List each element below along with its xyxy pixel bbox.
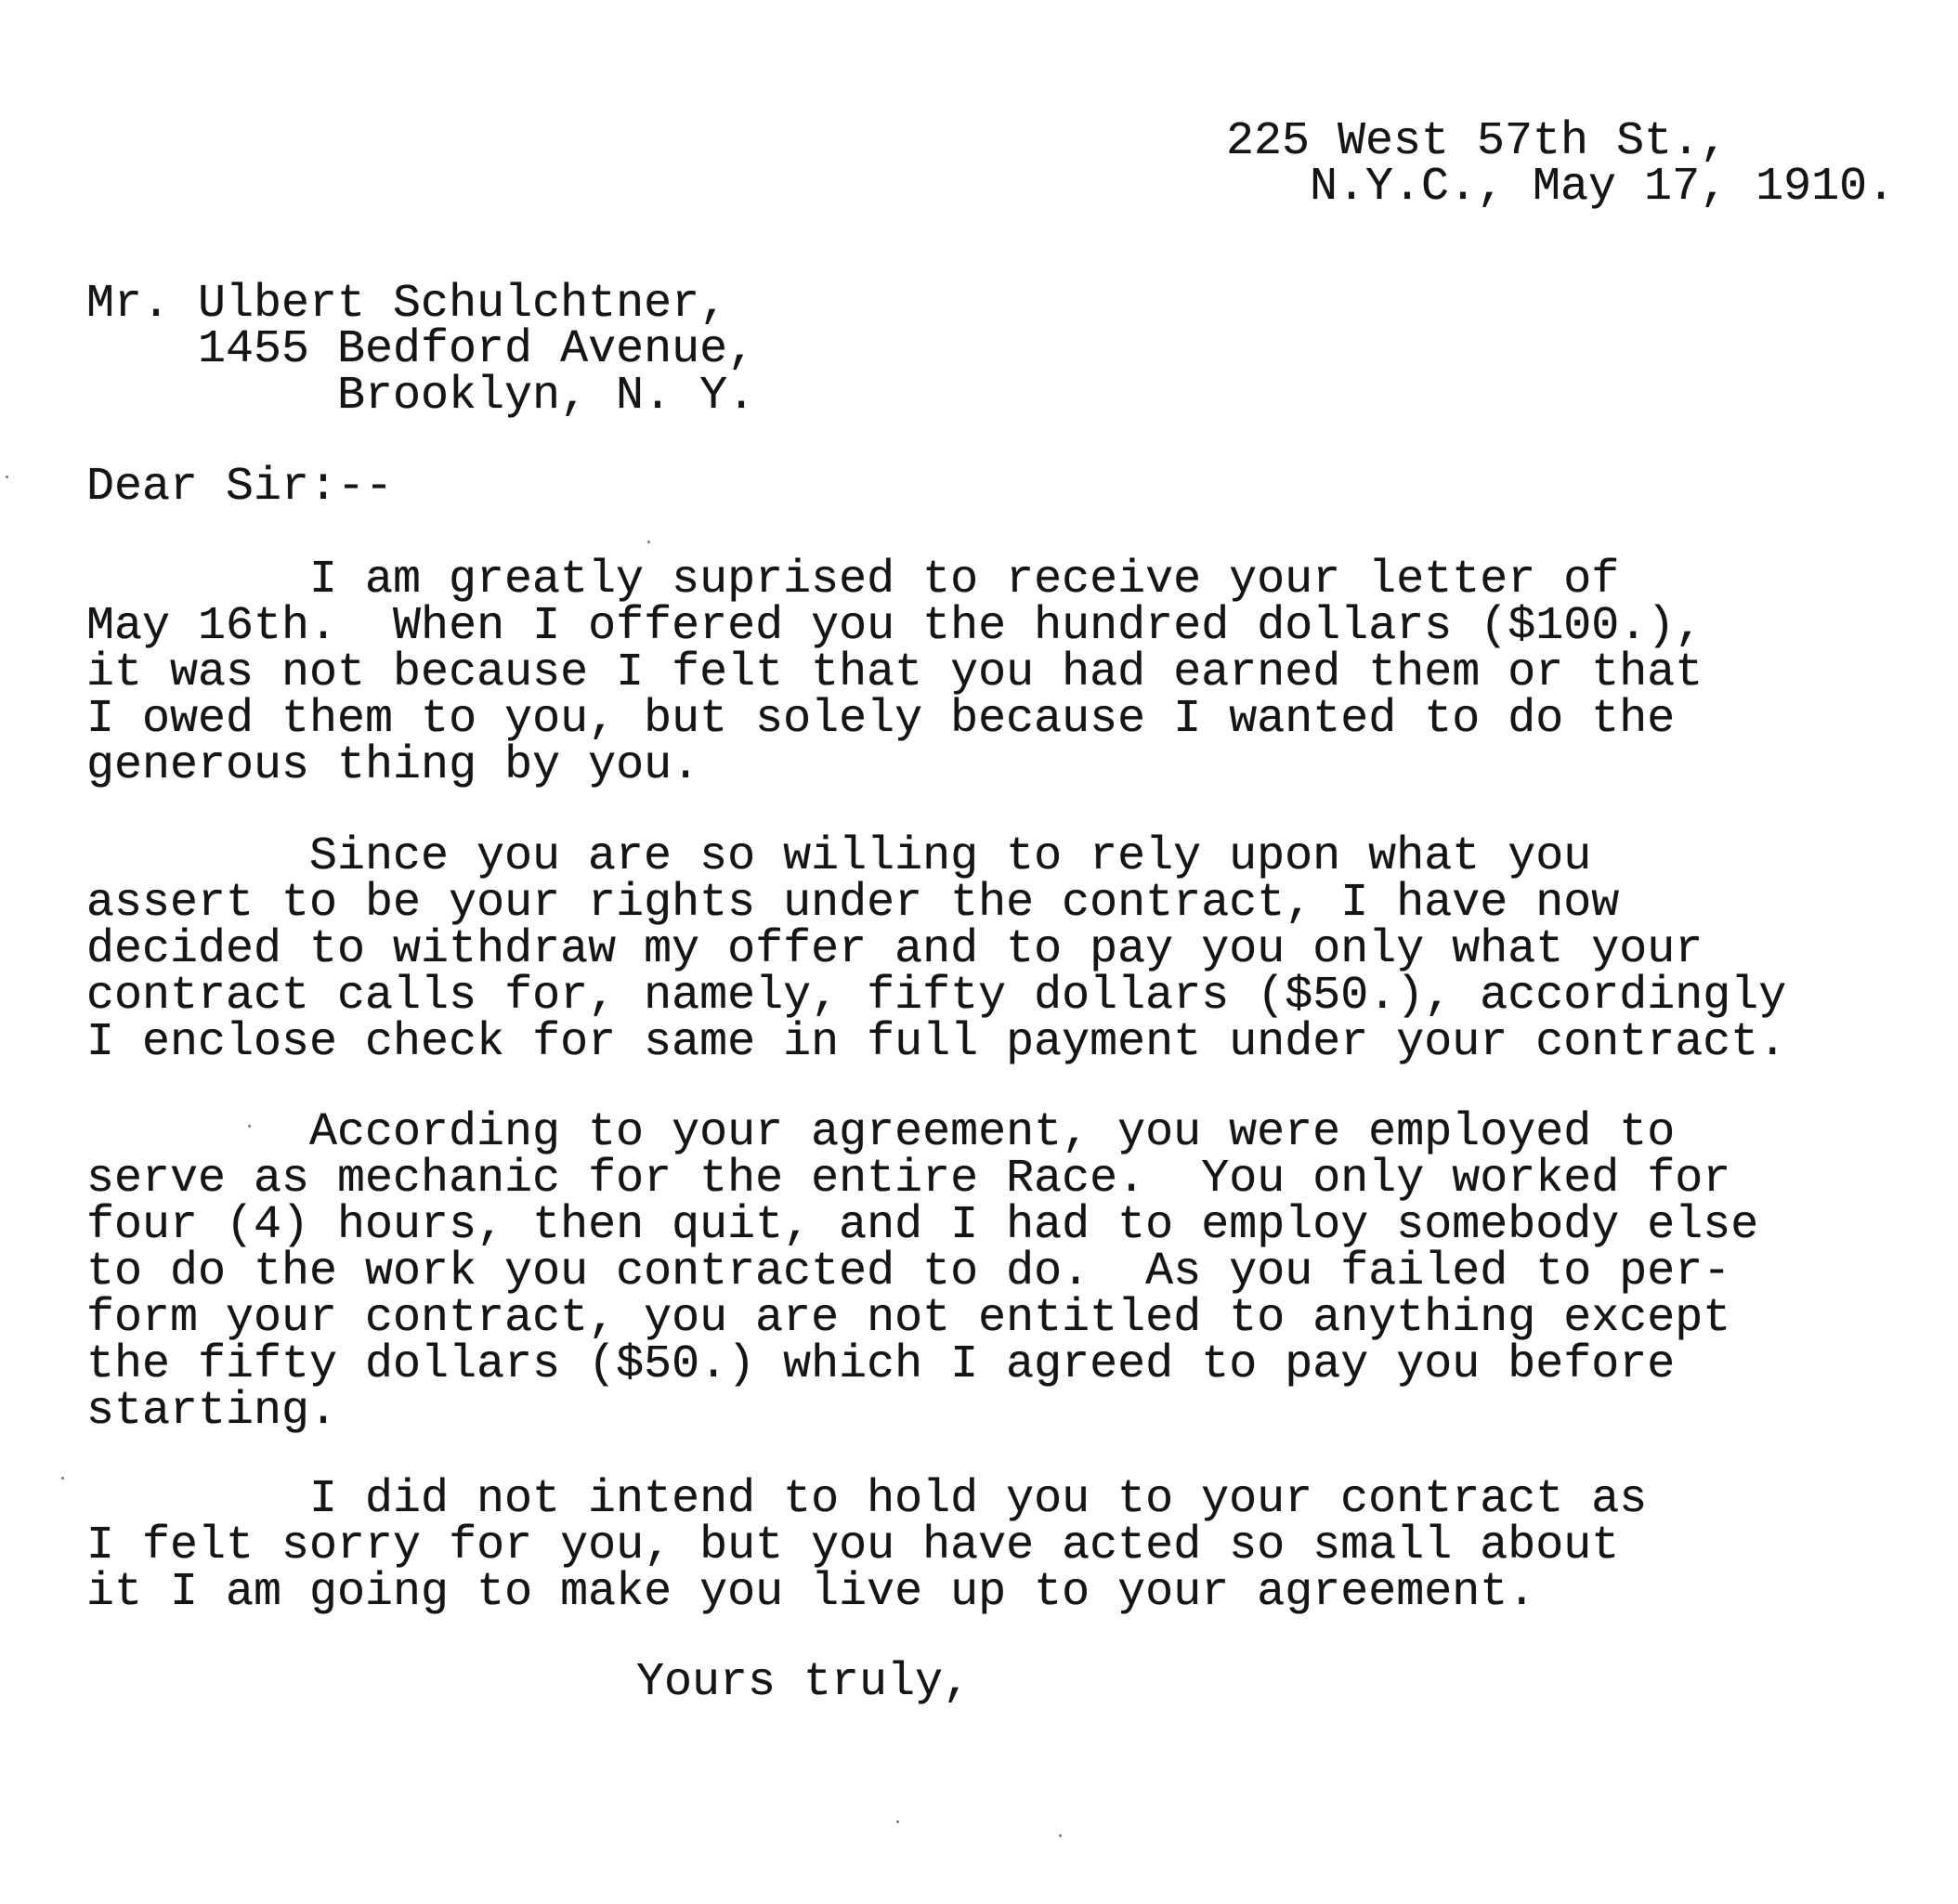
paragraph-2-line-1: Since you are so willing to rely upon wh… xyxy=(309,834,1591,880)
scan-speck xyxy=(61,1477,64,1480)
paragraph-3-line-4: to do the work you contracted to do. As … xyxy=(86,1249,1730,1296)
paragraph-3-line-5: form your contract, you are not entitled… xyxy=(86,1296,1730,1342)
paragraph-1-line-4: I owed them to you, but solely because I… xyxy=(86,697,1675,743)
salutation: Dear Sir:-- xyxy=(86,464,393,511)
paragraph-4-line-1: I did not intend to hold you to your con… xyxy=(309,1477,1647,1523)
paragraph-2-line-2: assert to be your rights under the contr… xyxy=(86,880,1619,927)
paragraph-2-line-5: I enclose check for same in full payment… xyxy=(86,1020,1786,1066)
paragraph-1-line-5: generous thing by you. xyxy=(86,743,699,789)
paragraph-4-line-3: it I am going to make you live up to you… xyxy=(86,1570,1535,1616)
paragraph-3-line-1: According to your agreement, you were em… xyxy=(309,1110,1675,1156)
paragraph-3-line-6: the fifty dollars ($50.) which I agreed … xyxy=(86,1342,1675,1389)
paragraph-1-line-1: I am greatly suprised to receive your le… xyxy=(309,557,1619,604)
closing: Yours truly, xyxy=(636,1660,971,1706)
scan-speck xyxy=(647,541,650,543)
letter-page: 225 West 57th St., N.Y.C., May 17, 1910.… xyxy=(0,0,1958,1904)
paragraph-4-line-2: I felt sorry for you, but you have acted… xyxy=(86,1523,1619,1570)
paragraph-2-line-4: contract calls for, namely, fifty dollar… xyxy=(86,973,1786,1020)
recipient-name: Mr. Ulbert Schulchtner, xyxy=(86,281,727,328)
paragraph-3-line-3: four (4) hours, then quit, and I had to … xyxy=(86,1203,1758,1249)
paragraph-1-line-2: May 16th. When I offered you the hundred… xyxy=(86,604,1703,650)
paragraph-1-line-3: it was not because I felt that you had e… xyxy=(86,650,1703,697)
recipient-street: 1455 Bedford Avenue, xyxy=(198,327,755,373)
scan-speck xyxy=(1059,1834,1062,1837)
paragraph-3-line-7: starting. xyxy=(86,1389,337,1435)
scan-speck xyxy=(6,476,8,478)
scan-speck xyxy=(896,1820,899,1823)
sender-street: 225 West 57th St., xyxy=(1226,119,1728,165)
sender-city-date: N.Y.C., May 17, 1910. xyxy=(1310,164,1895,211)
recipient-city: Brooklyn, N. Y. xyxy=(337,373,755,420)
paragraph-2-line-3: decided to withdraw my offer and to pay … xyxy=(86,927,1703,973)
scan-speck xyxy=(248,1125,251,1128)
paragraph-3-line-2: serve as mechanic for the entire Race. Y… xyxy=(86,1156,1730,1203)
